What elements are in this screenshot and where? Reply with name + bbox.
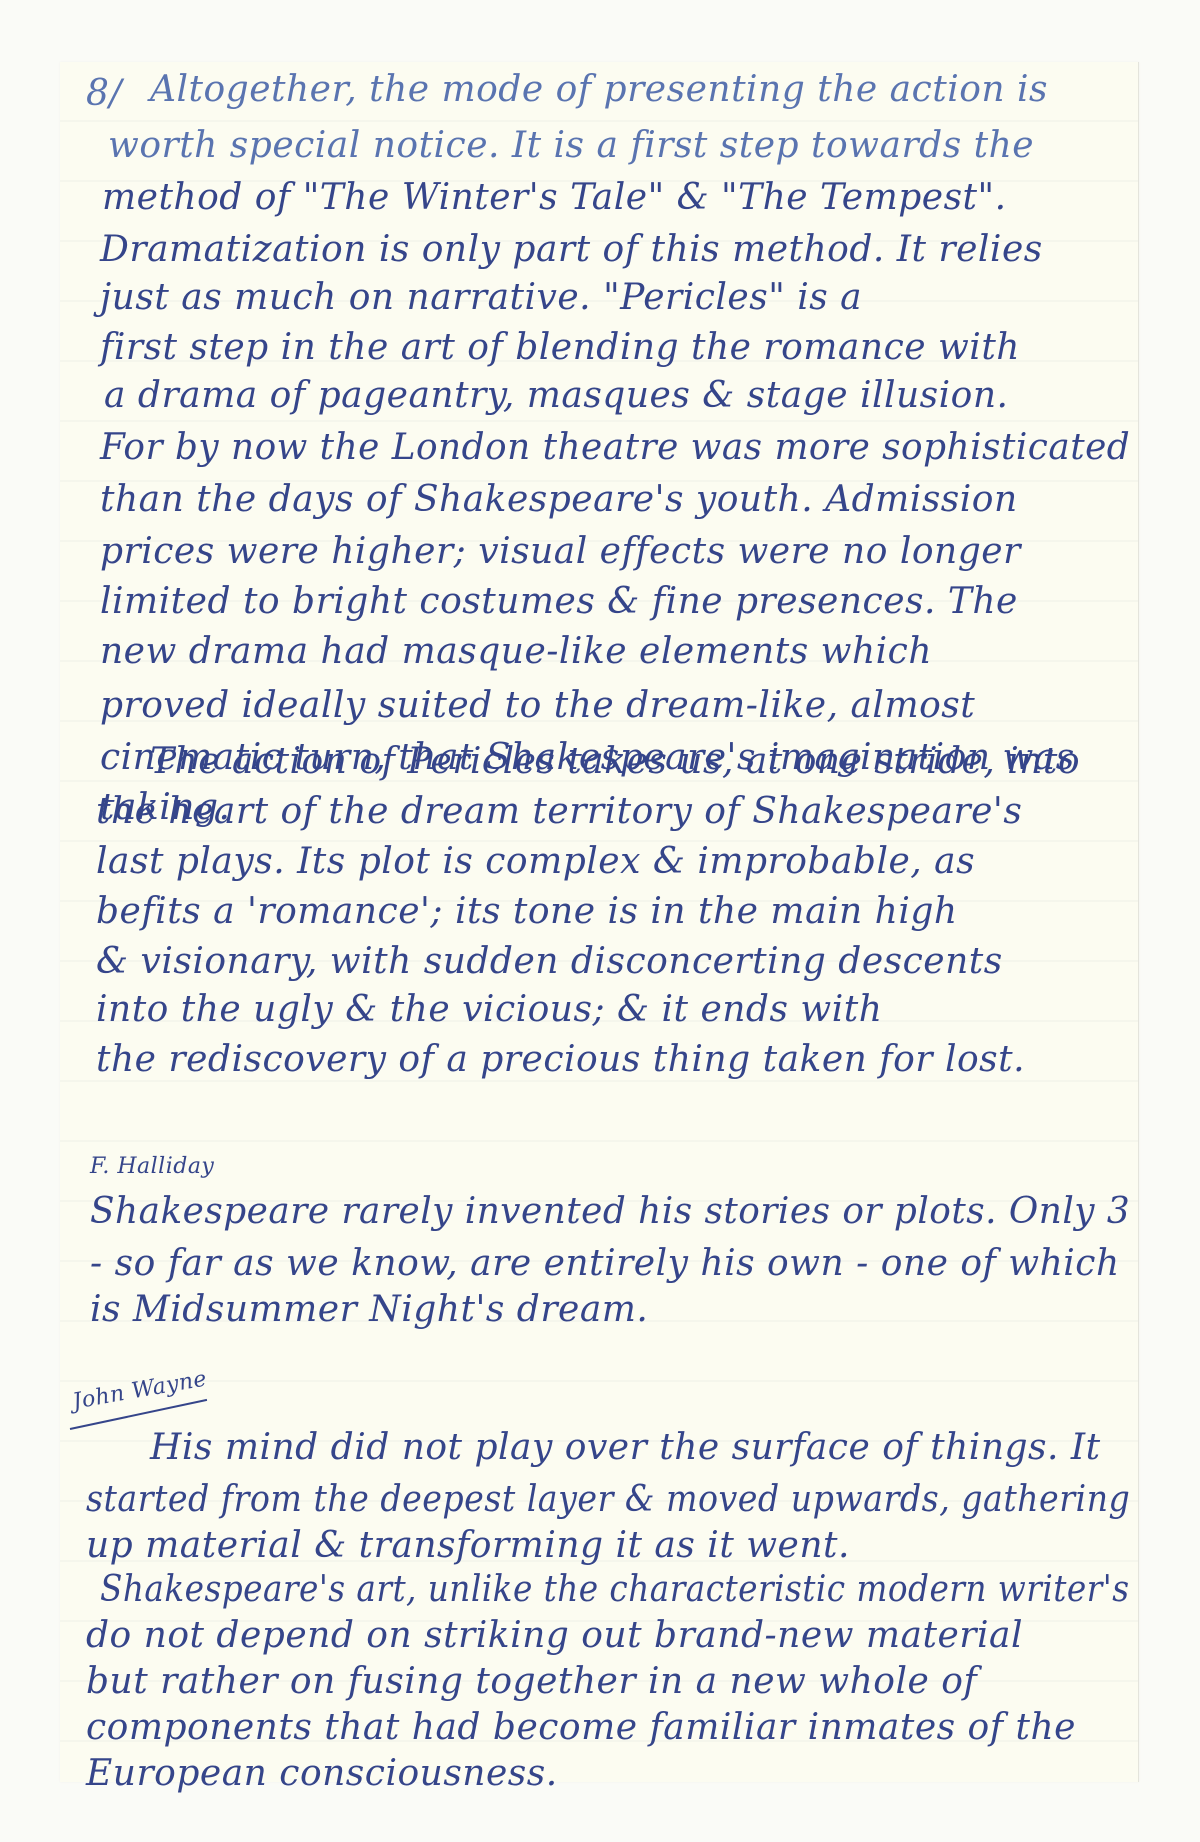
text-line: Dramatization is only part of this metho… bbox=[100, 232, 1043, 268]
text-line: started from the deepest layer & moved u… bbox=[86, 1482, 1130, 1518]
text-line: limited to bright costumes & fine presen… bbox=[100, 584, 1018, 620]
text-line: prices were higher; visual effects were … bbox=[100, 534, 1021, 570]
text-line: worth special notice. It is a first step… bbox=[108, 128, 1034, 164]
text-line: do not depend on striking out brand-new … bbox=[86, 1618, 1023, 1654]
text-line: Shakespeare rarely invented his stories … bbox=[90, 1194, 1130, 1230]
text-line: European consciousness. bbox=[86, 1756, 558, 1792]
text-line: Altogether, the mode of presenting the a… bbox=[150, 72, 1048, 108]
text-line: components that had become familiar inma… bbox=[86, 1710, 1076, 1746]
text-line: but rather on fusing together in a new w… bbox=[86, 1664, 977, 1700]
text-line: the rediscovery of a precious thing take… bbox=[96, 1042, 1025, 1078]
text-line: & visionary, with sudden disconcerting d… bbox=[96, 944, 1003, 980]
text-line: just as much on narrative. "Pericles" is… bbox=[100, 280, 862, 316]
text-line: The action of Pericles takes us, at one … bbox=[150, 744, 1080, 780]
text-line: last plays. Its plot is complex & improb… bbox=[96, 844, 975, 880]
text-line: method of "The Winter's Tale" & "The Tem… bbox=[102, 180, 1007, 216]
text-line: proved ideally suited to the dream-like,… bbox=[100, 688, 975, 724]
text-line: His mind did not play over the surface o… bbox=[150, 1430, 1101, 1466]
section-marker: 8/ bbox=[86, 76, 122, 112]
text-line: the heart of the dream territory of Shak… bbox=[96, 794, 1022, 830]
text-line: - so far as we know, are entirely his ow… bbox=[90, 1246, 1120, 1282]
attribution-halliday: F. Halliday bbox=[90, 1156, 214, 1178]
text-line: up material & transforming it as it went… bbox=[86, 1528, 850, 1564]
text-line: For by now the London theatre was more s… bbox=[100, 430, 1130, 466]
text-line: new drama had masque-like elements which bbox=[100, 634, 932, 670]
text-line: first step in the art of blending the ro… bbox=[100, 330, 1020, 366]
text-line: into the ugly & the vicious; & it ends w… bbox=[96, 992, 882, 1028]
text-line: Shakespeare's art, unlike the characteri… bbox=[100, 1572, 1129, 1608]
text-line: befits a 'romance'; its tone is in the m… bbox=[96, 894, 958, 930]
text-line: is Midsummer Night's dream. bbox=[90, 1292, 648, 1328]
text-line: than the days of Shakespeare's youth. Ad… bbox=[100, 482, 1018, 518]
text-line: a drama of pageantry, masques & stage il… bbox=[104, 378, 1008, 414]
